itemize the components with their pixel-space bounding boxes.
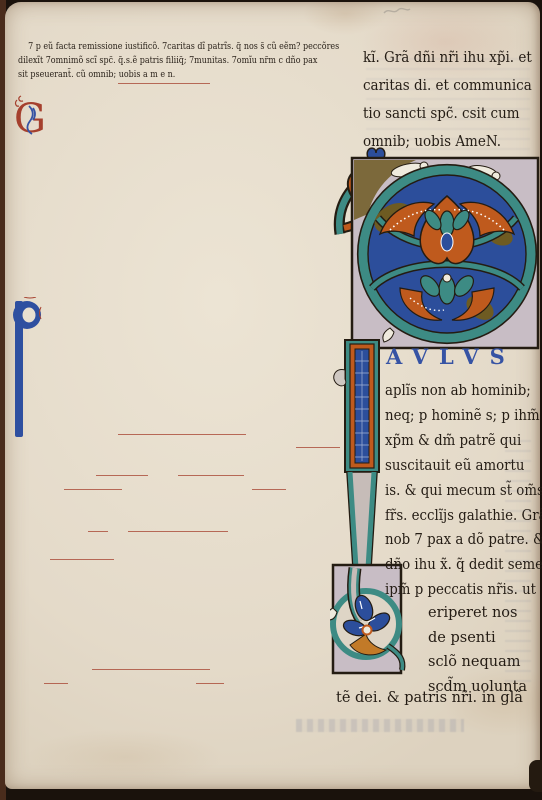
red-underline [50,559,114,560]
text-line: neq; p hominẽ s; p ihm̃ [385,404,529,429]
left-column-gloss-paragraph [18,297,360,442]
red-underline [178,475,244,476]
pencil-mark [382,4,412,18]
text-line: sit pseuerant̃. cũ omnib; uobis a m e n. [18,68,305,82]
page-edge-shadow [529,760,542,792]
right-column-last-line: tẽ dei. & patris nr̃i. in glã [336,690,523,706]
text-line: aplĩs non ab hominib; [385,379,529,404]
display-word-avlvs: AVLVS [386,344,541,369]
show-through-right-column [366,58,530,154]
red-underline [44,683,68,684]
red-underline [64,489,122,490]
text-line: dilexĩt 7omnimõ scĩ spc̃. q̃.s.ẽ patris … [18,54,305,68]
red-underline [96,475,148,476]
red-underline [252,489,286,490]
red-underline [128,531,228,532]
initial-spacer [18,97,48,139]
manuscript-photo: { "page": { "description": "Illuminated … [0,0,542,800]
show-through-bottom [296,719,464,732]
red-underline [88,531,108,532]
text-line: 7 p eũ facta remissione iustificõ. 7cari… [18,40,305,54]
initial-spacer [18,297,44,442]
red-underline [196,683,224,684]
left-column-closing-paragraph: 7 p eũ facta remissione iustificõ. 7cari… [18,40,360,82]
show-through-right-margin [505,440,531,690]
red-underline [92,669,210,670]
red-underline [118,83,210,84]
red-underline [118,434,246,435]
left-column-prologue-paragraph [18,97,360,139]
